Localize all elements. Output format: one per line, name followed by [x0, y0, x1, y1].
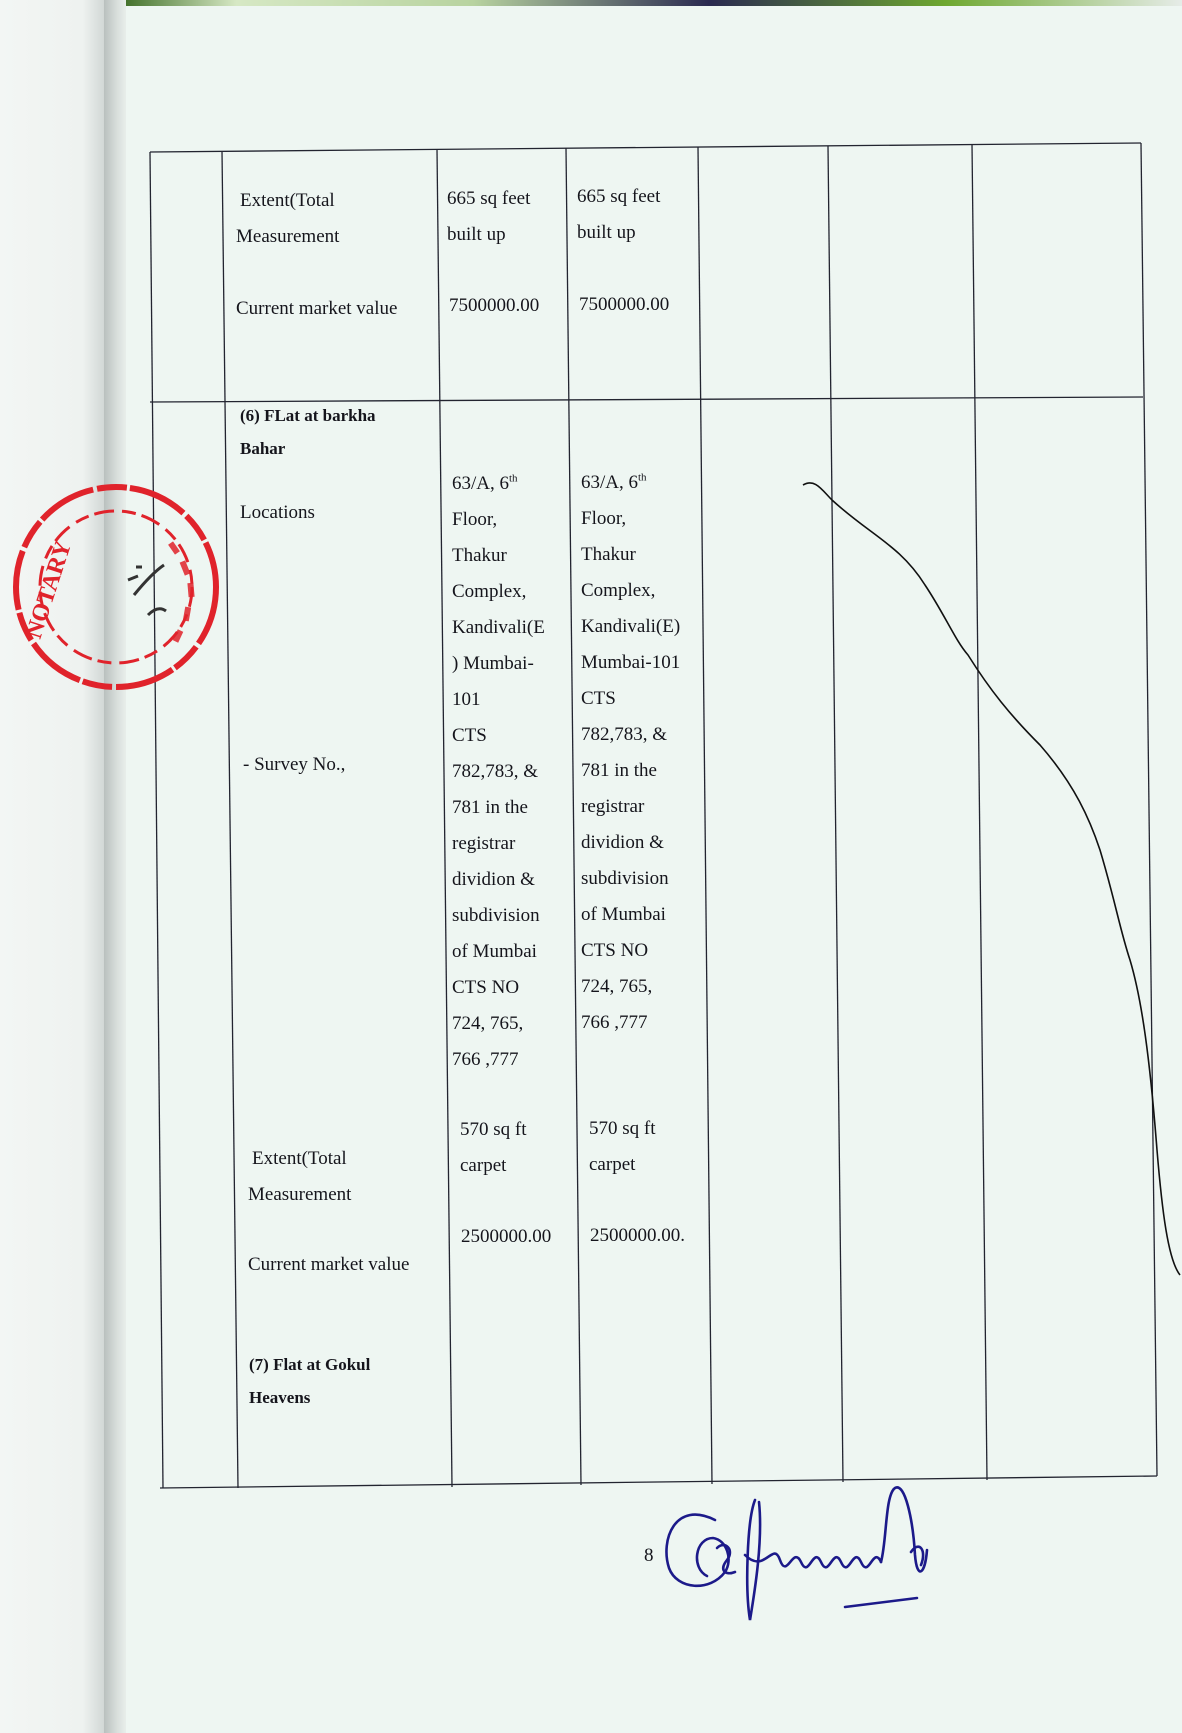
address-line: 724, 765,: [581, 969, 680, 1005]
address-line: 63/A, 6th: [452, 466, 545, 502]
page-number: 8: [644, 1545, 654, 1567]
col2-market-value: 7500000.00: [579, 287, 669, 323]
label-extent: Extent(Total Measurement: [240, 183, 339, 255]
address-line: CTS NO: [452, 970, 545, 1006]
address-line: subdivision: [581, 861, 680, 897]
section6-col2-address: 63/A, 6thFloor,ThakurComplex,Kandivali(E…: [581, 465, 680, 1041]
address-line: registrar: [452, 826, 545, 862]
section6-col1-extent: 570 sq ft carpet: [460, 1112, 527, 1184]
address-line: Floor,: [581, 501, 680, 537]
address-line: 781 in the: [581, 753, 680, 789]
address-line: dividion &: [452, 862, 545, 898]
address-line: 766 ,777: [581, 1005, 680, 1041]
address-line: 766 ,777: [452, 1042, 545, 1078]
address-line: 724, 765,: [452, 1006, 545, 1042]
address-line: Thakur: [452, 538, 545, 574]
address-line: Floor,: [452, 502, 545, 538]
address-line: CTS: [581, 681, 680, 717]
strike-line: [803, 483, 1180, 1275]
label-market-value: Current market value: [236, 291, 397, 327]
address-line: dividion &: [581, 825, 680, 861]
section6-col2-market-value: 2500000.00.: [590, 1218, 685, 1254]
address-line: 781 in the: [452, 790, 545, 826]
address-line: registrar: [581, 789, 680, 825]
address-line: subdivision: [452, 898, 545, 934]
label-locations: Locations: [240, 495, 315, 531]
address-line: 782,783, &: [452, 754, 545, 790]
signature: [655, 1480, 985, 1630]
label-survey-no: - Survey No.,: [243, 747, 345, 783]
section6-label-extent: Extent(Total Measurement: [252, 1141, 351, 1213]
section6-col2-extent: 570 sq ft carpet: [589, 1111, 656, 1183]
col2-extent: 665 sq feet built up: [577, 179, 660, 251]
address-line: 63/A, 6th: [581, 465, 680, 501]
col1-extent: 665 sq feet built up: [447, 181, 530, 253]
address-line: Complex,: [581, 573, 680, 609]
address-line: Kandivali(E): [581, 609, 680, 645]
address-line: Kandivali(E: [452, 610, 545, 646]
section7-heading: (7) Flat at Gokul Heavens: [249, 1348, 370, 1414]
address-line: 101: [452, 682, 545, 718]
address-line: ) Mumbai-: [452, 646, 545, 682]
address-line: of Mumbai: [581, 897, 680, 933]
svg-text:NOTARY: NOTARY: [21, 537, 77, 641]
address-line: of Mumbai: [452, 934, 545, 970]
address-line: CTS: [452, 718, 545, 754]
section6-col1-market-value: 2500000.00: [461, 1219, 551, 1255]
section6-heading: (6) FLat at barkha Bahar: [240, 399, 376, 465]
col1-market-value: 7500000.00: [449, 288, 539, 324]
address-line: Thakur: [581, 537, 680, 573]
address-line: Mumbai-101: [581, 645, 680, 681]
address-line: CTS NO: [581, 933, 680, 969]
section6-label-market-value: Current market value: [248, 1247, 409, 1283]
notary-stamp: NOTARY: [8, 465, 223, 700]
address-line: 782,783, &: [581, 717, 680, 753]
section6-col1-address: 63/A, 6thFloor,ThakurComplex,Kandivali(E…: [452, 466, 545, 1078]
address-line: Complex,: [452, 574, 545, 610]
